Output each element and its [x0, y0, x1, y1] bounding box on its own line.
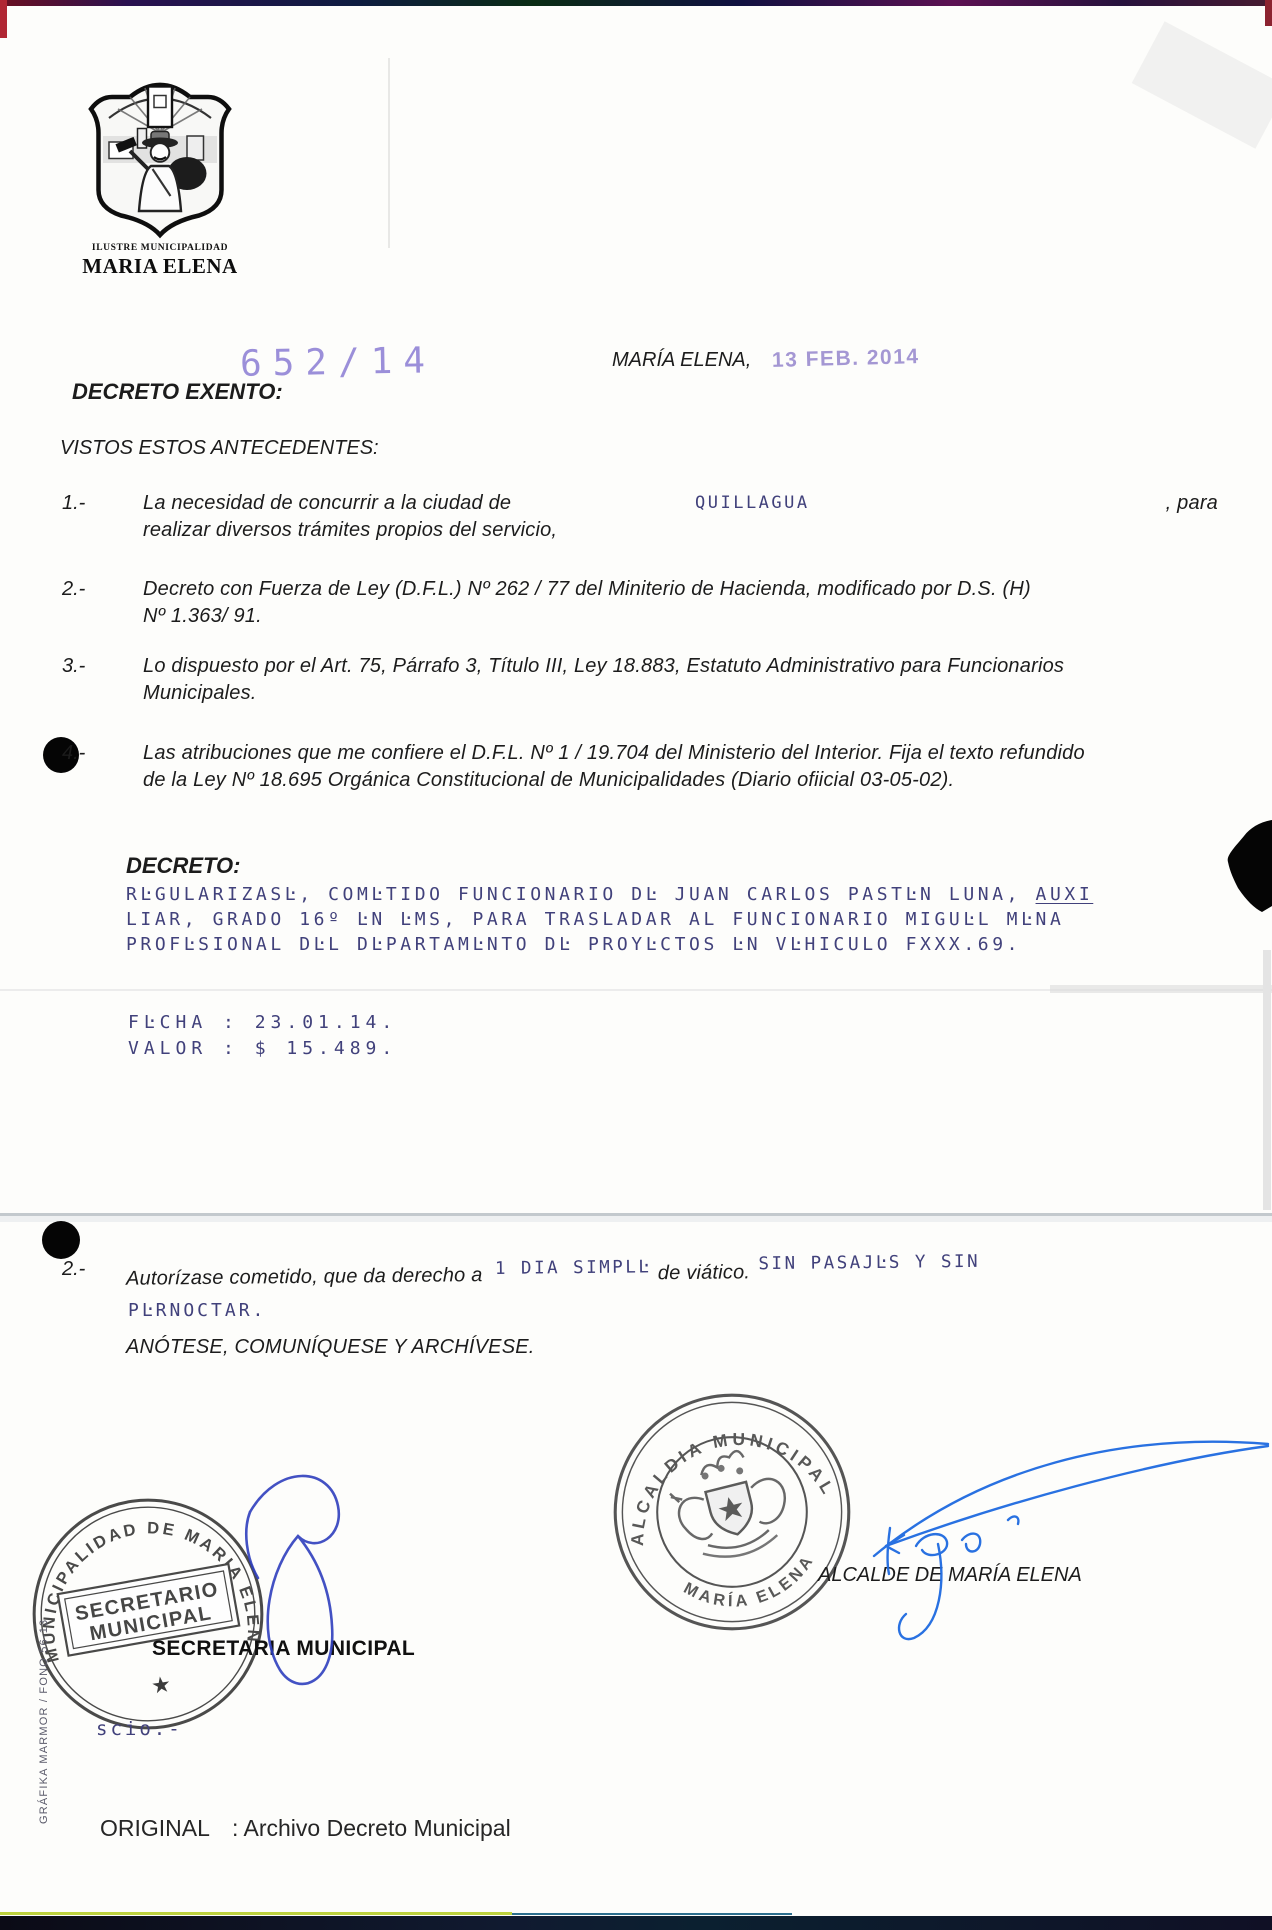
vistos-item-3-line-2: Municipales. — [143, 682, 257, 705]
vistos-item-1-line-1: La necesidad de concurrir a la ciudad de… — [143, 492, 1218, 518]
mayor-stamp: ALCALDIA MUNICIPAL MARÍA ELENA — [606, 1386, 858, 1638]
section2-closing: ANÓTESE, COMUNÍQUESE Y ARCHÍVESE. — [126, 1336, 535, 1359]
secretary-title-label: SECRETARIA MUNICIPAL — [152, 1637, 415, 1661]
printer-margin-note: GRÁFIKA MARMOR / FONO 56-13 — [38, 1488, 50, 1824]
footer-copy-value: : Archivo Decreto Municipal — [232, 1815, 511, 1842]
bottom-cyan-scanline — [512, 1913, 792, 1915]
secretary-stamp: I. MUNICIPALIDAD DE MARIA ELENA SECRETAR… — [12, 1486, 284, 1748]
letterhead-city: MARIA ELENA — [58, 254, 262, 279]
section2-typed-1: 1 DIA SIMPLĿ — [495, 1257, 652, 1279]
corner-smudge — [1132, 21, 1272, 149]
section2-seg-1: Autorízase cometido, que da derecho a — [126, 1264, 483, 1290]
municipal-crest-logo — [70, 64, 250, 244]
vistos-title: VISTOS ESTOS ANTECEDENTES: — [60, 437, 379, 460]
scan-artifact-wedge — [1222, 814, 1272, 918]
section2-seg-2: de viático. — [658, 1261, 750, 1284]
bottom-scan-edge — [0, 1916, 1272, 1930]
section2-typed-2: SIN PASAJĿS Y SIN — [758, 1252, 980, 1274]
decree-number-stamp: 652/14 — [240, 340, 437, 384]
svg-text:MARÍA ELENA: MARÍA ELENA — [677, 1548, 825, 1625]
vistos-item-3-line-1: Lo dispuesto por el Art. 75, Párrafo 3, … — [143, 655, 1064, 678]
date-stamp: 13 FEB. 2014 — [772, 345, 920, 373]
vistos-item-1-before: La necesidad de concurrir a la ciudad de — [143, 492, 511, 514]
section2-typed-3: PĿRNOCTAR. — [128, 1300, 266, 1321]
vistos-item-4-line-1: Las atribuciones que me confiere el D.F.… — [143, 742, 1085, 765]
decreto-typed-line-2: LIAR, GRADO 16º ĿN ĿMS, PARA TRASLADAR A… — [126, 909, 1064, 930]
vistos-item-3-num: 3.- — [62, 655, 85, 678]
hole-punch-mark-2 — [42, 1221, 80, 1259]
right-edge-gray-strip — [1263, 950, 1271, 1210]
vistos-item-1-typed-city: QUILLAGUA — [695, 493, 810, 513]
letterhead-org: ILUSTRE MUNICIPALIDAD — [58, 243, 262, 253]
crease-line — [388, 58, 390, 248]
vistos-item-4-num: 4.- — [62, 742, 85, 765]
place-line: MARÍA ELENA, — [612, 349, 751, 372]
section2-line-1: Autorízase cometido, que da derecho a 1 … — [126, 1256, 1236, 1291]
mayor-title-label: ALCALDE DE MARÍA ELENA — [818, 1564, 1082, 1587]
bottom-lime-scanline — [0, 1912, 512, 1915]
section2-num: 2.- — [62, 1258, 85, 1281]
decreto-typed-line-1-main: RĿGULARIZASĿ, COMĿTIDO FUNCIONARIO DĿ JU… — [126, 884, 1036, 905]
decreto-title: DECRETO: — [126, 853, 241, 879]
vistos-item-1-line-2: realizar diversos trámites propios del s… — [143, 519, 557, 542]
left-edge-red-notch — [0, 0, 7, 38]
decreto-typed-line-1: RĿGULARIZASĿ, COMĿTIDO FUNCIONARIO DĿ JU… — [126, 884, 1093, 905]
vistos-item-2-num: 2.- — [62, 578, 85, 601]
top-scan-edge — [0, 0, 1272, 6]
page-break-shadow — [0, 1216, 1272, 1222]
footer-copy-label: ORIGINAL — [100, 1815, 210, 1842]
vistos-item-1-after: , para — [1166, 492, 1218, 515]
scanned-decree-document: ILUSTRE MUNICIPALIDAD MARIA ELENA DECRET… — [0, 0, 1272, 1930]
fecha-line: FĿCHA : 23.01.14. — [128, 1012, 397, 1033]
vistos-item-4-line-2: de la Ley Nº 18.695 Orgánica Constitucio… — [143, 769, 954, 792]
secretary-stamp-star-icon: ★ — [149, 1671, 172, 1699]
decreto-typed-line-1-tail: AUXI — [1036, 884, 1094, 905]
secretary-typed-initials: scio.- — [96, 1718, 183, 1740]
mayor-signature — [874, 1442, 1268, 1639]
faint-scanline-a2 — [1050, 985, 1272, 993]
valor-line: VALOR : $ 15.489. — [128, 1038, 397, 1059]
mayor-stamp-arc-bottom: MARÍA ELENA — [677, 1548, 825, 1625]
vistos-item-2-line-2: Nº 1.363/ 91. — [143, 605, 262, 628]
right-edge-red-notch — [1265, 0, 1272, 26]
vistos-item-1-num: 1.- — [62, 492, 85, 515]
vistos-item-2-line-1: Decreto con Fuerza de Ley (D.F.L.) Nº 26… — [143, 578, 1031, 601]
decreto-typed-line-3: PROFĿSIONAL DĿL DĿPARTAMĿNTO DĿ PROYĿCTO… — [126, 934, 1021, 955]
